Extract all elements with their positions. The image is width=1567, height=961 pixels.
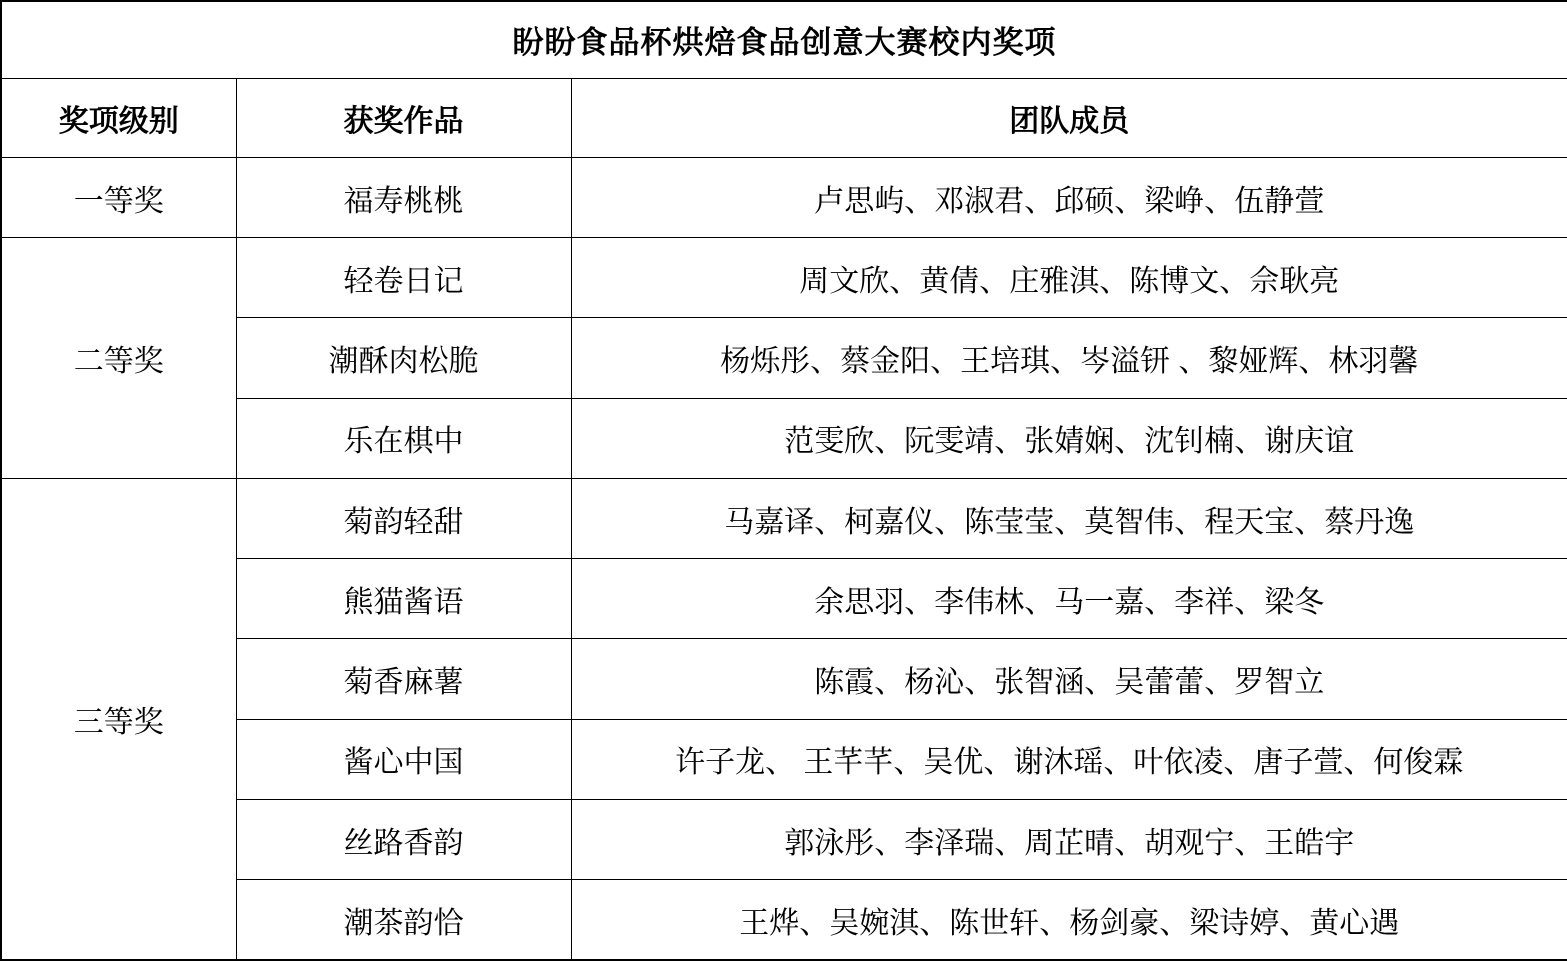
work-title-cell: 轻卷日记 [236,238,571,318]
team-members-cell: 郭泳彤、李泽瑞、周芷晴、胡观宁、王皓宇 [571,799,1567,879]
work-title-cell: 乐在棋中 [236,398,571,478]
team-members-cell: 陈霞、杨沁、张智涵、吴蕾蕾、罗智立 [571,639,1567,719]
table-title: 盼盼食品杯烘焙食品创意大赛校内奖项 [1,1,1567,78]
award-level-cell-second-prize: 二等奖 [1,238,236,479]
column-header-winning-work: 获奖作品 [236,78,571,157]
column-header-award-level: 奖项级别 [1,78,236,157]
team-members-cell: 卢思屿、邓淑君、邱硕、梁峥、伍静萱 [571,157,1567,237]
work-title-cell: 潮酥肉松脆 [236,318,571,398]
table-row: 丝路香韵 郭泳彤、李泽瑞、周芷晴、胡观宁、王皓宇 [1,799,1567,879]
table-row: 二等奖 轻卷日记 周文欣、黄倩、庄雅淇、陈博文、佘耿亮 [1,238,1567,318]
title-row: 盼盼食品杯烘焙食品创意大赛校内奖项 [1,1,1567,78]
team-members-cell: 马嘉译、柯嘉仪、陈莹莹、莫智伟、程天宝、蔡丹逸 [571,478,1567,558]
work-title-cell: 熊猫酱语 [236,559,571,639]
team-members-cell: 周文欣、黄倩、庄雅淇、陈博文、佘耿亮 [571,238,1567,318]
table-row: 酱心中国 许子龙、 王芊芊、吴优、谢沐瑶、叶依凌、唐子萱、何俊霖 [1,719,1567,799]
team-members-cell: 余思羽、李伟林、马一嘉、李祥、梁冬 [571,559,1567,639]
header-row: 奖项级别 获奖作品 团队成员 [1,78,1567,157]
table-row: 潮茶韵恰 王烨、吴婉淇、陈世轩、杨剑豪、梁诗婷、黄心遇 [1,880,1567,960]
team-members-cell: 范雯欣、阮雯靖、张婧娴、沈钊楠、谢庆谊 [571,398,1567,478]
award-level-cell-first-prize: 一等奖 [1,157,236,237]
team-members-cell: 王烨、吴婉淇、陈世轩、杨剑豪、梁诗婷、黄心遇 [571,880,1567,960]
page: 盼盼食品杯烘焙食品创意大赛校内奖项 奖项级别 获奖作品 团队成员 一等奖 福寿桃… [0,0,1567,961]
work-title-cell: 丝路香韵 [236,799,571,879]
table-row: 熊猫酱语 余思羽、李伟林、马一嘉、李祥、梁冬 [1,559,1567,639]
column-header-team-members: 团队成员 [571,78,1567,157]
work-title-cell: 潮茶韵恰 [236,880,571,960]
table-row: 一等奖 福寿桃桃 卢思屿、邓淑君、邱硕、梁峥、伍静萱 [1,157,1567,237]
work-title-cell: 菊香麻薯 [236,639,571,719]
award-table: 盼盼食品杯烘焙食品创意大赛校内奖项 奖项级别 获奖作品 团队成员 一等奖 福寿桃… [0,0,1567,961]
work-title-cell: 酱心中国 [236,719,571,799]
table-row: 三等奖 菊韵轻甜 马嘉译、柯嘉仪、陈莹莹、莫智伟、程天宝、蔡丹逸 [1,478,1567,558]
team-members-cell: 杨烁彤、蔡金阳、王培琪、岑溢钘 、黎娅辉、林羽馨 [571,318,1567,398]
award-level-cell-third-prize: 三等奖 [1,478,236,960]
work-title-cell: 菊韵轻甜 [236,478,571,558]
table-row: 乐在棋中 范雯欣、阮雯靖、张婧娴、沈钊楠、谢庆谊 [1,398,1567,478]
team-members-cell: 许子龙、 王芊芊、吴优、谢沐瑶、叶依凌、唐子萱、何俊霖 [571,719,1567,799]
work-title-cell: 福寿桃桃 [236,157,571,237]
table-row: 菊香麻薯 陈霞、杨沁、张智涵、吴蕾蕾、罗智立 [1,639,1567,719]
table-row: 潮酥肉松脆 杨烁彤、蔡金阳、王培琪、岑溢钘 、黎娅辉、林羽馨 [1,318,1567,398]
